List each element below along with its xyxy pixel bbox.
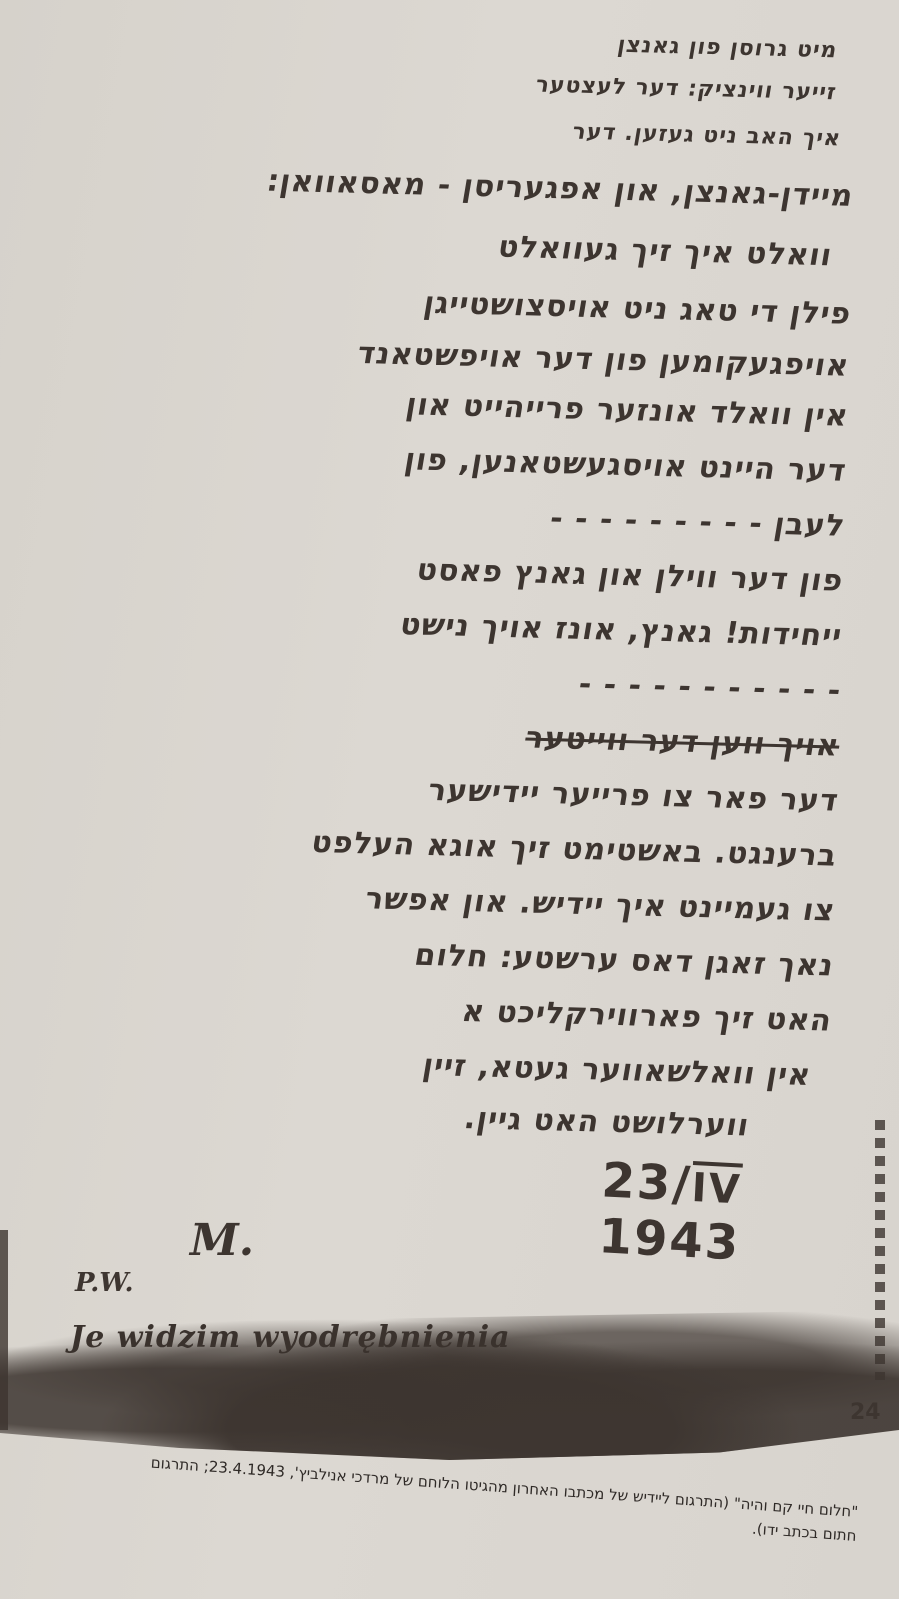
letter-line: צו געמיינט איך יידיש. און אפשר [362,881,838,928]
date-year: 1943 [597,1208,741,1271]
letter-line: וואלט איך זיך געוואלט [496,230,836,274]
signature-m: M. [190,1215,254,1266]
letter-line: נאך זאגן דאס ערשטע: חלום [412,938,837,984]
letter-line: פילן די טאג ניט אויסצושטייגן [421,286,854,332]
date-day: 23/ [600,1152,693,1213]
letter-line: איך האב ניט געזען. דער [570,120,843,152]
letter-line: לעבן - - - - - - - - - [548,501,849,544]
letter-line: ווערלושט האט גיין. [462,1101,752,1143]
left-edge-mark [0,1230,8,1430]
letter-line: דער היינט אויסגעשטאנען, פון [402,442,849,488]
book-page: מיט גרוסן פון גאנצן זייער ווינציק: דער ל… [0,0,899,1599]
letter-line: זייער ווינציק: דער לעצטער [534,73,839,106]
letter-date: 23/IV 1943 [597,1152,899,1279]
bottom-band-text: Je widzim wyodrębnienia [70,1320,511,1355]
letter-line: אין וואלד אונזער פרייהייט און [403,387,851,433]
letter-line: פון דער ווילן און גאנץ פאסט [414,553,846,599]
signature-initials: P.W. [75,1268,134,1298]
letter-line: מיידן-גאנצן, און אפגעריסן - מאסאוואן: [265,164,857,214]
corner-number: 24 [850,1400,881,1425]
letter-line: מיט גרוסן פון גאנצן [616,33,840,64]
letter-line: אויך ווען דער ווייטער [523,721,843,764]
letter-line: אויפגעקומען פון דער אויפשטאנד [355,336,852,384]
right-edge-mark [875,1120,885,1380]
letter-line: דער פאר צו פרייער יידישער [425,773,841,819]
letter-line: ברענגט. באשטימט זיך אוגא העלפט [308,825,839,874]
letter-line: האט זיך פארווירקליכט א [460,994,835,1039]
letter-line: - - - - - - - - - - - [576,667,844,709]
letter-line: אין וואלשאווער געטא, זיין [420,1048,814,1093]
date-month: IV [691,1165,743,1214]
letter-line: ייחידות! גאנץ, אונז אויך נישט [398,607,845,653]
